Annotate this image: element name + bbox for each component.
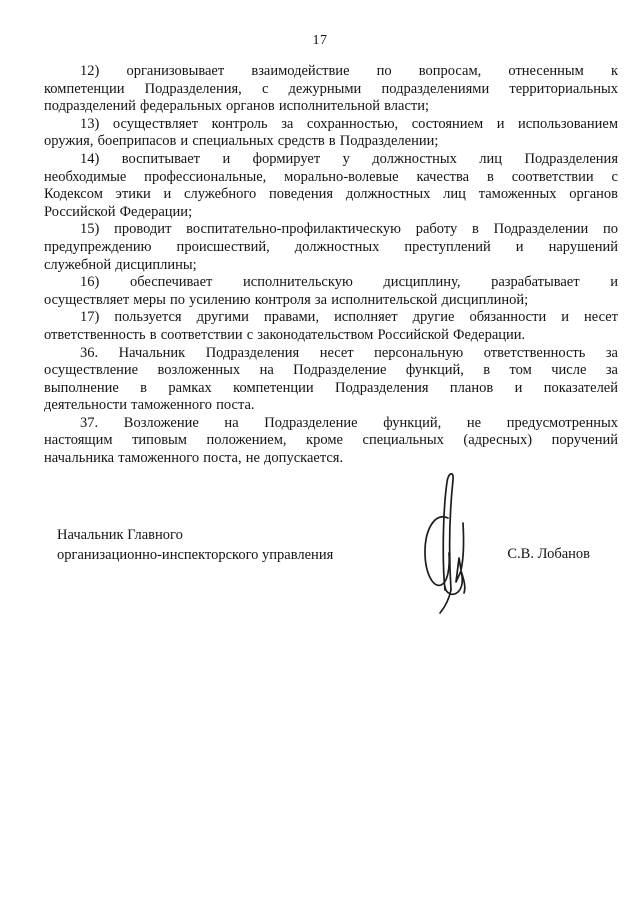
paragraph-line: ответственность в соответствии с законод… — [44, 327, 618, 345]
paragraph-line: Кодексом этики и служебного поведения до… — [44, 186, 618, 204]
paragraph-line: служебной дисциплины; — [44, 257, 618, 275]
signature-block: Начальник Главного организационно-инспек… — [57, 525, 590, 565]
paragraph-line: 36. Начальник Подразделения несет персон… — [44, 345, 618, 363]
document-body: 12) организовывает взаимодействие по воп… — [44, 63, 618, 468]
paragraph-line: оружия, боеприпасов и специальных средст… — [44, 133, 618, 151]
paragraph-line: осуществляет меры по усилению контроля з… — [44, 292, 618, 310]
paragraph-line: Российской Федерации; — [44, 204, 618, 222]
paragraph-line: 14) воспитывает и формирует у должностны… — [44, 151, 618, 169]
page-number: 17 — [0, 33, 640, 49]
document-page: 17 12) организовывает взаимодействие по … — [0, 0, 640, 900]
paragraph-line: 15) проводит воспитательно-профилактичес… — [44, 221, 618, 239]
paragraph-line: необходимые профессиональные, морально-в… — [44, 169, 618, 187]
paragraph-line: 17) пользуется другими правами, исполняе… — [44, 309, 618, 327]
paragraph-line: начальника таможенного поста, не допуска… — [44, 450, 618, 468]
signer-title-line1: Начальник Главного — [57, 525, 590, 545]
paragraph-line: 37. Возложение на Подразделение функций,… — [44, 415, 618, 433]
paragraph-line: деятельности таможенного поста. — [44, 397, 618, 415]
paragraph-line: выполнение в рамках компетенции Подразде… — [44, 380, 618, 398]
signer-name: С.В. Лобанов — [507, 544, 590, 564]
paragraph-line: подразделений федеральных органов исполн… — [44, 98, 618, 116]
paragraph-line: настоящим типовым положением, кроме спец… — [44, 432, 618, 450]
paragraph-line: предупреждению происшествий, должностных… — [44, 239, 618, 257]
paragraph-line: 16) обеспечивает исполнительскую дисципл… — [44, 274, 618, 292]
paragraph-line: осуществление возложенных на Подразделен… — [44, 362, 618, 380]
paragraph-line: компетенции Подразделения, с дежурными п… — [44, 81, 618, 99]
paragraph-line: 12) организовывает взаимодействие по воп… — [44, 63, 618, 81]
handwritten-signature-icon — [418, 466, 488, 618]
paragraph-line: 13) осуществляет контроль за сохранность… — [44, 116, 618, 134]
